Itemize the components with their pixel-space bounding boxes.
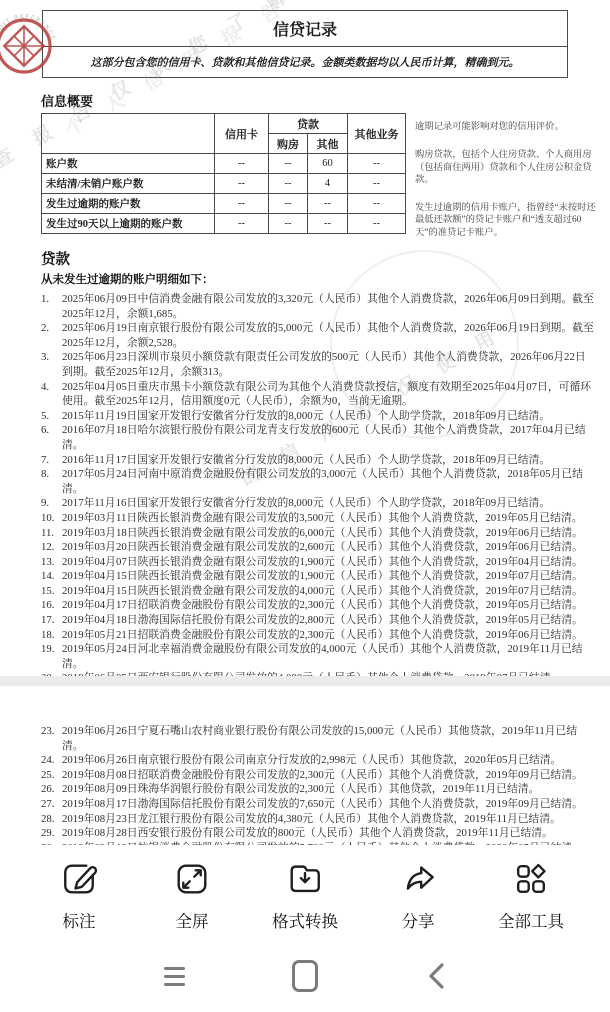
loan-item: 5. 2015年11月19日国家开发银行安徽省分行发放的8,000元（人民币）个… [41, 409, 596, 424]
loan-item: 23. 2019年06月26日宁夏石嘴山农村商业银行股份有限公司发放的15,00… [41, 724, 596, 753]
loan-list-page1: 1. 2025年06月09日中信消费金融有限公司发放的3,320元（人民币）其他… [41, 292, 596, 676]
loan-item: 2. 2025年06月19日南京银行股份有限公司发放的5,000元（人民币）其他… [41, 321, 596, 350]
loan-list-page2: 23. 2019年06月26日宁夏石嘴山农村商业银行股份有限公司发放的15,00… [41, 724, 596, 845]
loan-item-text: 2019年03月11日陕西长银消费金融有限公司发放的3,500元（人民币）其他个… [62, 512, 583, 524]
summary-table-body: 账户数 -- -- 60 -- 未结清/未销户账户数 -- -- 4 -- 发生… [42, 154, 406, 234]
loan-item: 11. 2019年03月18日陕西长银消费金融有限公司发放的6,000元（人民币… [41, 526, 596, 541]
row-label: 发生过逾期的账户数 [42, 194, 215, 214]
table-row: 发生过逾期的账户数 -- -- -- -- [42, 194, 406, 214]
loan-item-text: 2025年04月05日重庆市黑卡小额贷款有限公司为其他个人消费贷款授信，额度有效… [62, 381, 591, 408]
loan-item-number: 14. [41, 569, 55, 584]
loan-item-text: 2019年08月23日龙江银行股份有限公司发放的4,380元（人民币）其他个人消… [62, 813, 561, 825]
loan-item: 12. 2019年03月20日陕西长银消费金融有限公司发放的2,600元（人民币… [41, 540, 596, 555]
page-gap-divider [0, 676, 610, 686]
back-icon [427, 962, 445, 990]
system-navigation-bar [0, 940, 610, 1012]
loan-item-number: 13. [41, 555, 55, 570]
loan-item: 24. 2019年06月26日南京银行股份有限公司南京分行发放的2,998元（人… [41, 753, 596, 768]
loan-item-text: 2025年06月19日南京银行股份有限公司发放的5,000元（人民币）其他个人消… [62, 322, 594, 349]
loan-item-text: 2019年03月20日陕西长银消费金融有限公司发放的2,600元（人民币）其他个… [62, 541, 583, 553]
format-convert-icon [283, 857, 327, 901]
share-button[interactable]: 分享 [365, 857, 471, 940]
back-button[interactable] [421, 961, 451, 991]
cell-loan-house: -- [269, 154, 308, 174]
loan-item-number: 17. [41, 613, 55, 628]
loan-item-text: 2015年11月19日国家开发银行安徽省分行发放的8,000元（人民币）个人助学… [62, 410, 550, 422]
loan-item-text: 2019年08月08日招联消费金融股份有限公司发放的2,300元（人民币）其他个… [62, 769, 583, 781]
summary-side-notes: 逾期记录可能影响对您的信用评价。 购房贷款，包括个人住房贷款、个人商用房（包括商… [415, 121, 597, 239]
cell-other-business: -- [348, 194, 406, 214]
row-label: 发生过90天以上逾期的账户数 [42, 214, 215, 234]
loan-item-text: 2019年04月18日渤海国际信托股份有限公司发放的2,800元（人民币）其他个… [62, 614, 583, 626]
col-header-credit-card: 信用卡 [215, 114, 269, 154]
cell-loan-other: 60 [308, 154, 348, 174]
page-title: 信贷记录 [43, 11, 567, 47]
summary-section-title: 信息概要 [41, 91, 610, 110]
all-tools-icon [509, 857, 553, 901]
fullscreen-label: 全屏 [176, 908, 209, 932]
note-house-loan: 购房贷款，包括个人住房贷款、个人商用房（包括商住两用）贷款和个人住房公积金贷款。 [415, 149, 597, 186]
loan-item-text: 2019年05月21日招联消费金融股份有限公司发放的2,300元（人民币）其他个… [62, 629, 583, 641]
loan-item-text: 2019年08月28日西安银行股份有限公司发放的800元（人民币）其他个人消费贷… [62, 827, 553, 839]
loan-item: 28. 2019年08月23日龙江银行股份有限公司发放的4,380元（人民币）其… [41, 812, 596, 827]
loan-item-text: 2017年05月24日河南中原消费金融股份有限公司发放的3,000元（人民币）其… [62, 468, 583, 495]
table-row: 发生过90天以上逾期的账户数 -- -- -- -- [42, 214, 406, 234]
loan-item-text: 2016年07月18日哈尔滨银行股份有限公司龙青支行发放的600元（人民币）其他… [62, 424, 586, 451]
loan-item-number: 8. [41, 467, 49, 482]
cell-loan-house: -- [269, 174, 308, 194]
loan-item: 10. 2019年03月11日陕西长银消费金融有限公司发放的3,500元（人民币… [41, 511, 596, 526]
loan-item-number: 15. [41, 584, 55, 599]
loan-item: 15. 2019年04月15日陕西长银消费金融有限公司发放的4,000元（人民币… [41, 584, 596, 599]
cell-credit-card: -- [215, 194, 269, 214]
loan-item-text: 2019年06月26日宁夏石嘴山农村商业银行股份有限公司发放的15,000元（人… [62, 725, 577, 752]
loan-item-number: 18. [41, 628, 55, 643]
loan-item: 14. 2019年04月15日陕西长银消费金融有限公司发放的1,900元（人民币… [41, 569, 596, 584]
loan-item-number: 24. [41, 753, 55, 768]
cell-credit-card: -- [215, 154, 269, 174]
loan-item: 6. 2016年07月18日哈尔滨银行股份有限公司龙青支行发放的600元（人民币… [41, 423, 596, 452]
document-page-2[interactable]: 23. 2019年06月26日宁夏石嘴山农村商业银行股份有限公司发放的15,00… [0, 686, 610, 845]
loan-item: 26. 2019年08月09日珠海华润银行股份有限公司发放的2,300元（人民币… [41, 782, 596, 797]
all-tools-button[interactable]: 全部工具 [478, 857, 584, 940]
menu-button[interactable] [159, 961, 189, 991]
loan-item-text: 2019年08月09日珠海华润银行股份有限公司发放的2,300元（人民币）其他贷… [62, 783, 539, 795]
loan-item-number: 3. [41, 350, 49, 365]
loan-item-text: 2019年06月26日南京银行股份有限公司南京分行发放的2,998元（人民币）其… [62, 754, 561, 766]
loan-item-text: 2019年08月17日渤海国际信托股份有限公司发放的7,650元（人民币）其他个… [62, 798, 583, 810]
share-label: 分享 [402, 908, 435, 932]
col-header-loan-house: 购房 [269, 134, 308, 154]
loan-item-number: 2. [41, 321, 49, 336]
loan-item-text: 2019年03月18日陕西长银消费金融有限公司发放的6,000元（人民币）其他个… [62, 527, 583, 539]
cell-loan-other: 4 [308, 174, 348, 194]
loan-item-number: 1. [41, 292, 49, 307]
loan-item: 4. 2025年04月05日重庆市黑卡小额贷款有限公司为其他个人消费贷款授信，额… [41, 380, 596, 409]
annotate-button[interactable]: 标注 [26, 857, 132, 940]
loan-item: 8. 2017年05月24日河南中原消费金融股份有限公司发放的3,000元（人民… [41, 467, 596, 496]
row-label: 未结清/未销户账户数 [42, 174, 215, 194]
loan-item-number: 10. [41, 511, 55, 526]
menu-icon [164, 967, 185, 986]
loan-item-text: 2016年11月17日国家开发银行安徽省分行发放的8,000元（人民币）个人助学… [62, 454, 550, 466]
note-overdue: 逾期记录可能影响对您的信用评价。 [415, 121, 597, 133]
cell-other-business: -- [348, 174, 406, 194]
loan-item: 18. 2019年05月21日招联消费金融股份有限公司发放的2,300元（人民币… [41, 628, 596, 643]
col-header-loan: 贷款 [269, 114, 348, 134]
loan-item-text: 2025年06月23日深圳市泉贝小额贷款有限责任公司发放的500元（人民币）其他… [62, 351, 586, 378]
loan-item-number: 28. [41, 812, 55, 827]
loan-item: 16. 2019年04月17日招联消费金融股份有限公司发放的2,300元（人民币… [41, 598, 596, 613]
col-header-loan-other: 其他 [308, 134, 348, 154]
loan-item: 29. 2019年08月28日西安银行股份有限公司发放的800元（人民币）其他个… [41, 826, 596, 841]
loan-item-text: 2019年04月07日陕西长银消费金融有限公司发放的1,900元（人民币）其他个… [62, 556, 583, 568]
bottom-toolbar: 标注 全屏 格式转换 分享 [0, 845, 610, 940]
cell-loan-other: -- [308, 194, 348, 214]
col-header-other-business: 其他业务 [348, 114, 406, 154]
cell-loan-house: -- [269, 194, 308, 214]
loan-item-text: 2019年04月15日陕西长银消费金融有限公司发放的1,900元（人民币）其他个… [62, 570, 583, 582]
row-label: 账户数 [42, 154, 215, 174]
cell-other-business: -- [348, 154, 406, 174]
document-page-1[interactable]: CREDIT REFERENCE CENTER 查报告仅供您了解自己 的信用状况… [0, 0, 610, 676]
loan-item: 1. 2025年06月09日中信消费金融有限公司发放的3,320元（人民币）其他… [41, 292, 596, 321]
page-subtitle: 这部分包含您的信用卡、贷款和其他信贷记录。金额类数据均以人民币计算，精确到元。 [43, 47, 567, 77]
cell-credit-card: -- [215, 214, 269, 234]
loan-item: 19. 2019年05月24日河北幸福消费金融股份有限公司发放的4,000元（人… [41, 642, 596, 671]
loan-item: 3. 2025年06月23日深圳市泉贝小额贷款有限责任公司发放的500元（人民币… [41, 350, 596, 379]
loan-item-number: 29. [41, 826, 55, 841]
loan-item-text: 2019年04月15日陕西长银消费金融有限公司发放的4,000元（人民币）其他个… [62, 585, 583, 597]
loan-item-number: 9. [41, 496, 49, 511]
table-row: 未结清/未销户账户数 -- -- 4 -- [42, 174, 406, 194]
loan-item: 9. 2017年11月16日国家开发银行安徽省分行发放的8,000元（人民币）个… [41, 496, 596, 511]
summary-table: 信用卡 贷款 其他业务 购房 其他 账户数 -- -- 60 -- [41, 113, 406, 234]
summary-corner-cell [42, 114, 215, 154]
home-icon [292, 960, 318, 992]
section-header-box: 信贷记录 这部分包含您的信用卡、贷款和其他信贷记录。金额类数据均以人民币计算，精… [42, 10, 568, 78]
format-convert-label: 格式转换 [272, 908, 338, 932]
loan-item-number: 23. [41, 724, 55, 739]
app-screen: CREDIT REFERENCE CENTER 查报告仅供您了解自己 的信用状况… [0, 0, 610, 1012]
loan-item: 13. 2019年04月07日陕西长银消费金融有限公司发放的1,900元（人民币… [41, 555, 596, 570]
loan-item-number: 19. [41, 642, 55, 657]
loan-item-number: 27. [41, 797, 55, 812]
loan-item-number: 6. [41, 423, 49, 438]
loan-item-number: 25. [41, 768, 55, 783]
loans-section-title: 贷款 [41, 248, 610, 269]
loan-item-text: 2019年04月17日招联消费金融股份有限公司发放的2,300元（人民币）其他个… [62, 599, 583, 611]
loan-item-text: 2019年05月24日河北幸福消费金融股份有限公司发放的4,000元（人民币）其… [62, 643, 583, 670]
loan-item-number: 7. [41, 453, 49, 468]
loan-item-number: 16. [41, 598, 55, 613]
cell-other-business: -- [348, 214, 406, 234]
loan-item-number: 26. [41, 782, 55, 797]
fullscreen-icon [170, 857, 214, 901]
note-overdue-card: 发生过逾期的信用卡账户，指曾经“未按时还最低还款额”的贷记卡账户和“透支超过60… [415, 202, 597, 239]
loan-item: 25. 2019年08月08日招联消费金融股份有限公司发放的2,300元（人民币… [41, 768, 596, 783]
annotate-label: 标注 [63, 908, 96, 932]
cell-credit-card: -- [215, 174, 269, 194]
loan-item: 7. 2016年11月17日国家开发银行安徽省分行发放的8,000元（人民币）个… [41, 453, 596, 468]
loan-item-number: 5. [41, 409, 49, 424]
loan-item-number: 12. [41, 540, 55, 555]
all-tools-label: 全部工具 [498, 908, 564, 932]
cell-loan-house: -- [269, 214, 308, 234]
loan-item-number: 4. [41, 380, 49, 395]
loan-item-text: 2017年11月16日国家开发银行安徽省分行发放的8,000元（人民币）个人助学… [62, 497, 550, 509]
home-button[interactable] [290, 961, 320, 991]
loan-item: 27. 2019年08月17日渤海国际信托股份有限公司发放的7,650元（人民币… [41, 797, 596, 812]
loan-item: 17. 2019年04月18日渤海国际信托股份有限公司发放的2,800元（人民币… [41, 613, 596, 628]
loan-item-text: 2025年06月09日中信消费金融有限公司发放的3,320元（人民币）其他个人消… [62, 293, 594, 320]
summary-block: 信用卡 贷款 其他业务 购房 其他 账户数 -- -- 60 -- [0, 113, 610, 234]
share-icon [396, 857, 440, 901]
cell-loan-other: -- [308, 214, 348, 234]
fullscreen-button[interactable]: 全屏 [139, 857, 245, 940]
table-row: 账户数 -- -- 60 -- [42, 154, 406, 174]
format-convert-button[interactable]: 格式转换 [252, 857, 358, 940]
loan-item-number: 11. [41, 526, 54, 541]
annotate-icon [57, 857, 101, 901]
loans-subsection-title: 从未发生过逾期的账户明细如下： [41, 271, 610, 287]
